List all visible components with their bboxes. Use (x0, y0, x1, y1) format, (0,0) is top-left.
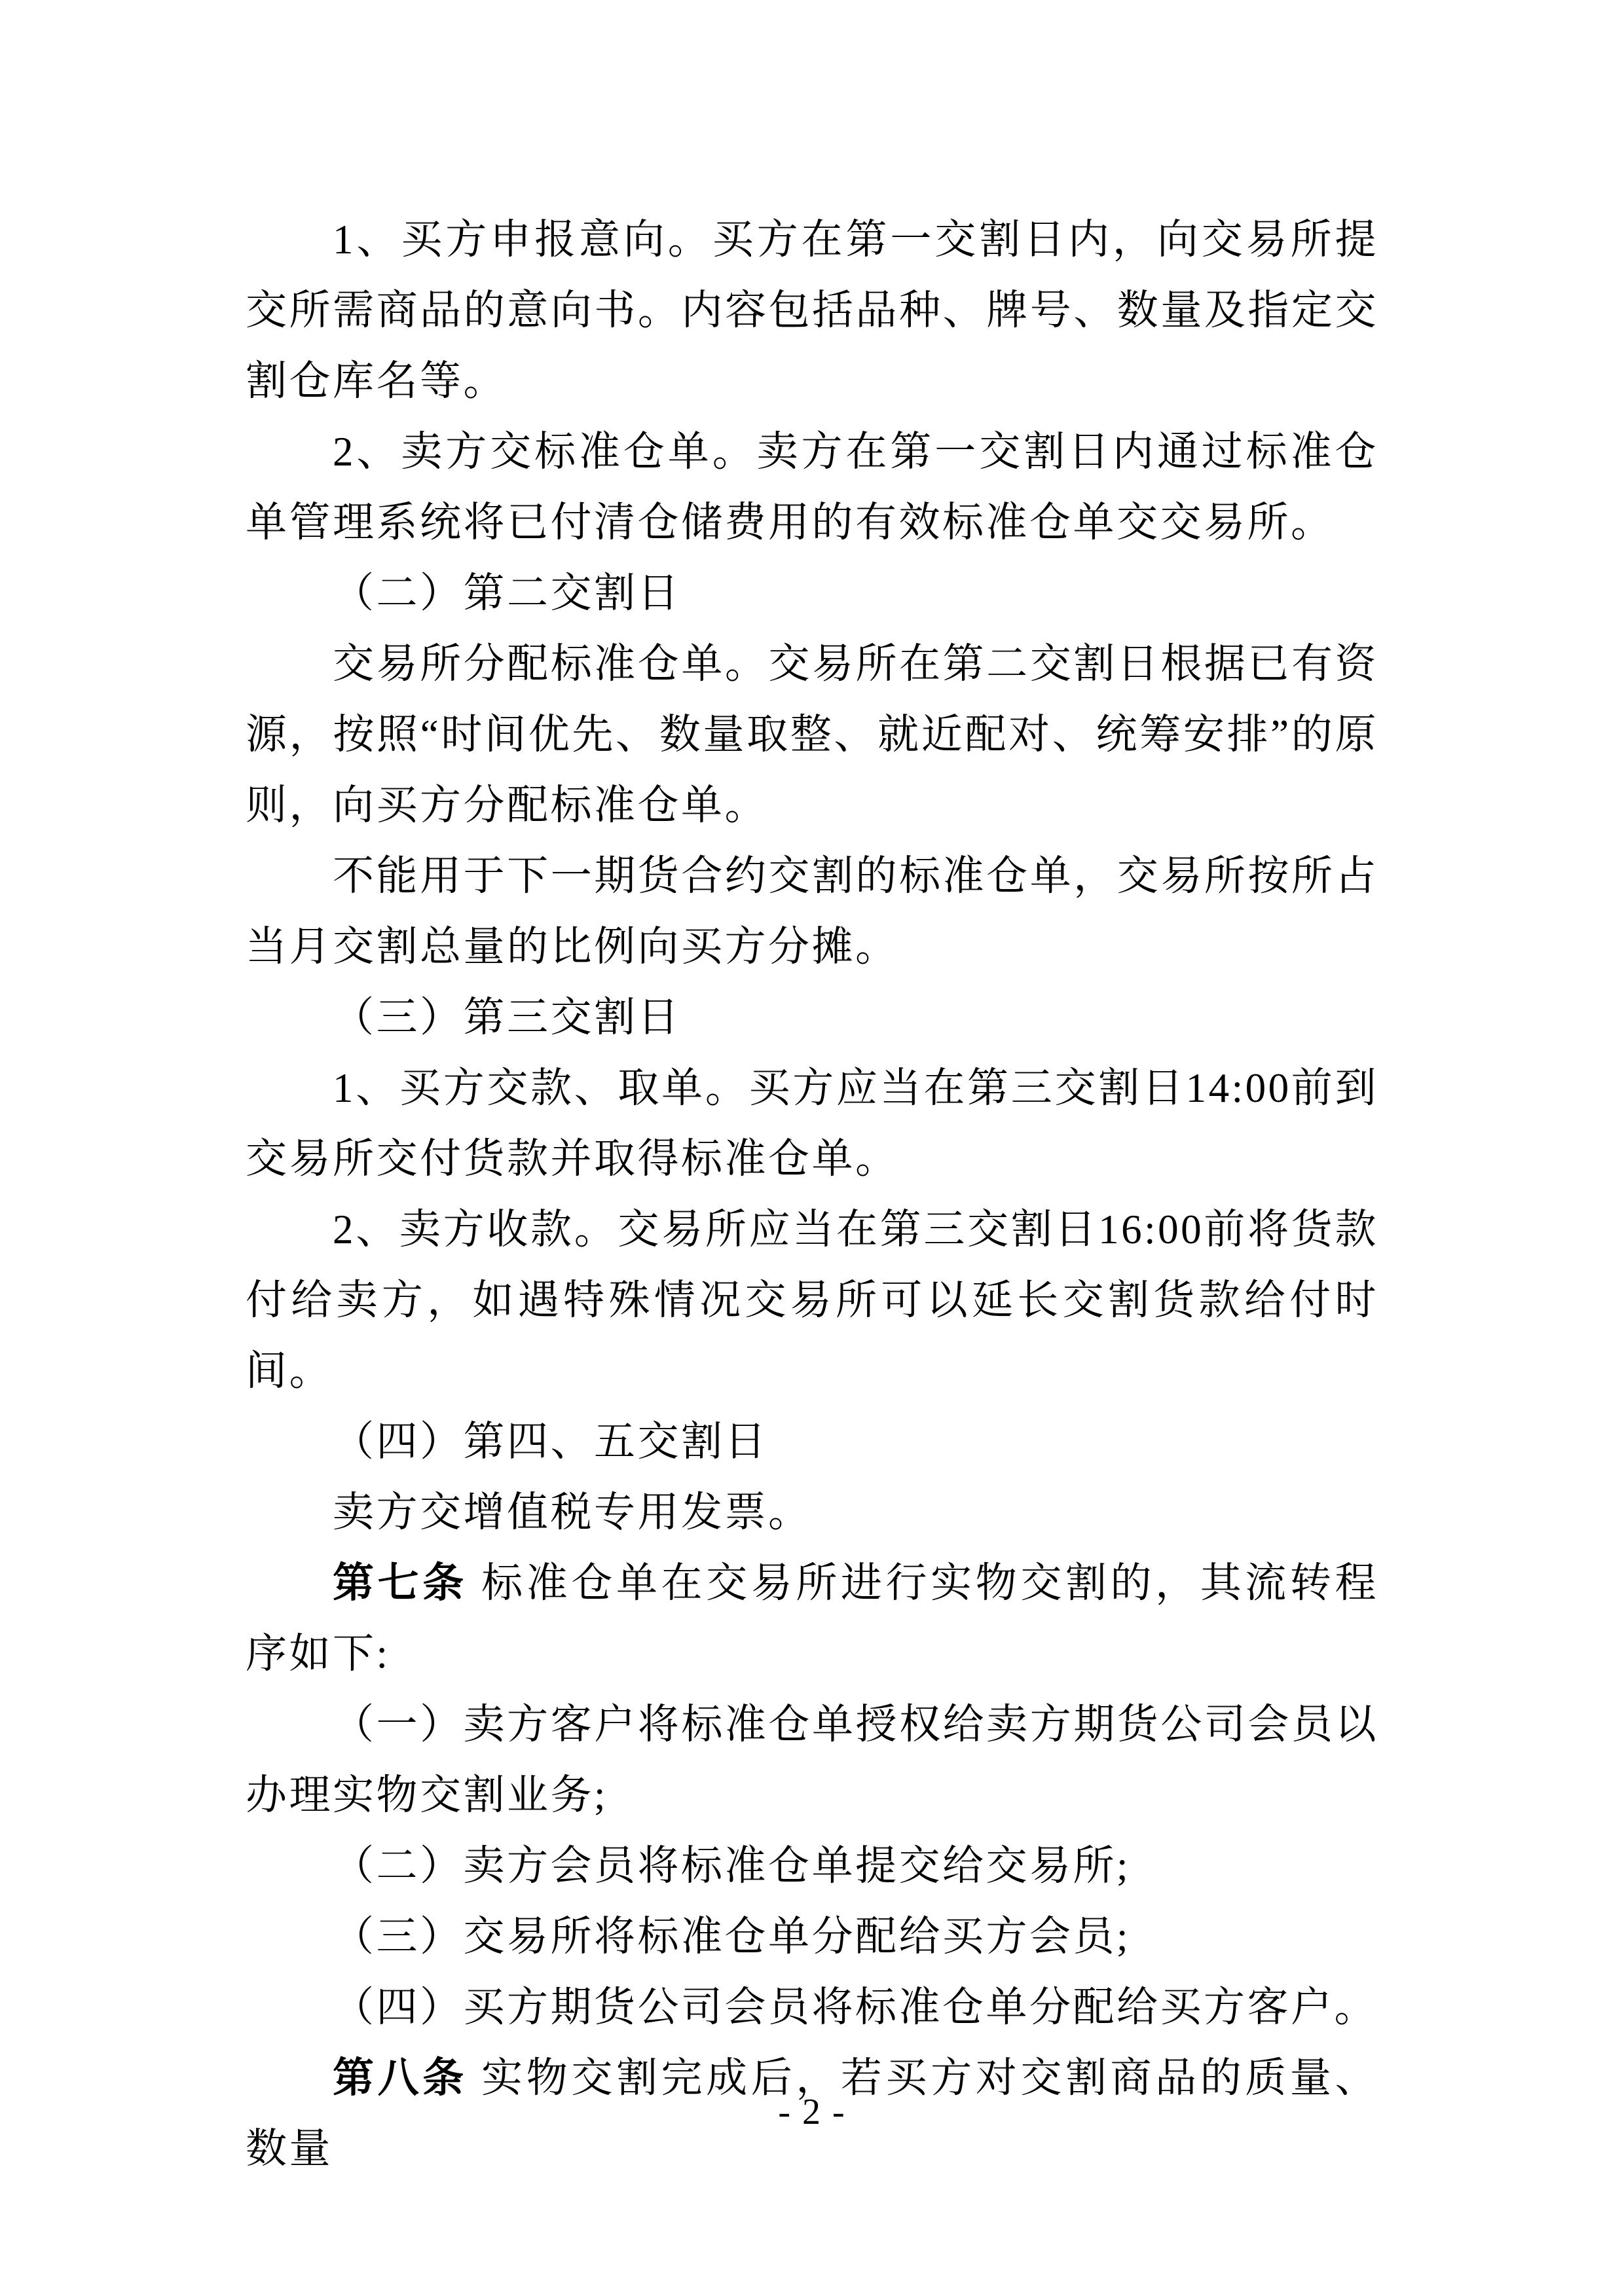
paragraph-text: 不能用于下一期货合约交割的标准仓单，交易所按所占当月交割总量的比例向买方分摊。 (246, 853, 1378, 970)
document-page: 1、买方申报意向。买方在第一交割日内，向交易所提交所需商品的意向书。内容包括品种… (0, 0, 1624, 2296)
article-number: 第七条 (333, 1560, 468, 1606)
paragraph-text: （四）第四、五交割日 (333, 1419, 768, 1465)
paragraph-text: 2、卖方收款。交易所应当在第三交割日16:00前将货款付给卖方，如遇特殊情况交易… (246, 1207, 1378, 1394)
paragraph-text: （二）卖方会员将标准仓单提交给交易所; (333, 1843, 1130, 1889)
paragraph-text: 交易所分配标准仓单。交易所在第二交割日根据已有资源，按照“时间优先、数量取整、就… (246, 641, 1378, 828)
paragraph: 交易所分配标准仓单。交易所在第二交割日根据已有资源，按照“时间优先、数量取整、就… (246, 629, 1378, 841)
list-item: （四）买方期货公司会员将标准仓单分配给买方客户。 (246, 1972, 1378, 2043)
article-paragraph: 第七条 标准仓单在交易所进行实物交割的，其流转程序如下: (246, 1548, 1378, 1689)
paragraph: 卖方交增值税专用发票。 (246, 1477, 1378, 1548)
paragraph-text: （二）第二交割日 (333, 570, 681, 616)
section-heading: （四）第四、五交割日 (246, 1406, 1378, 1477)
section-heading: （三）第三交割日 (246, 982, 1378, 1053)
section-heading: （二）第二交割日 (246, 558, 1378, 629)
list-item: （一）卖方客户将标准仓单授权给卖方期货公司会员以办理实物交割业务; (246, 1689, 1378, 1831)
paragraph-text: 1、买方申报意向。买方在第一交割日内，向交易所提交所需商品的意向书。内容包括品种… (246, 217, 1378, 404)
paragraph-text: 卖方交增值税专用发票。 (333, 1489, 812, 1535)
paragraph: 2、卖方收款。交易所应当在第三交割日16:00前将货款付给卖方，如遇特殊情况交易… (246, 1194, 1378, 1406)
paragraph-text: 1、买方交款、取单。买方应当在第三交割日14:00前到交易所交付货款并取得标准仓… (246, 1065, 1378, 1182)
paragraph-text: （三）交易所将标准仓单分配给买方会员; (333, 1914, 1130, 1959)
paragraph-text: 2、卖方交标准仓单。卖方在第一交割日内通过标准仓单管理系统将已付清仓储费用的有效… (246, 429, 1378, 545)
paragraph: 不能用于下一期货合约交割的标准仓单，交易所按所占当月交割总量的比例向买方分摊。 (246, 841, 1378, 982)
list-item: （二）卖方会员将标准仓单提交给交易所; (246, 1831, 1378, 1901)
paragraph: 1、买方申报意向。买方在第一交割日内，向交易所提交所需商品的意向书。内容包括品种… (246, 204, 1378, 416)
paragraph-text: （一）卖方客户将标准仓单授权给卖方期货公司会员以办理实物交割业务; (246, 1702, 1378, 1818)
page-number: - 2 - (0, 2092, 1624, 2132)
paragraph-text: （四）买方期货公司会员将标准仓单分配给买方客户。 (333, 1984, 1378, 2030)
paragraph: 1、买方交款、取单。买方应当在第三交割日14:00前到交易所交付货款并取得标准仓… (246, 1053, 1378, 1194)
document-body: 1、买方申报意向。买方在第一交割日内，向交易所提交所需商品的意向书。内容包括品种… (246, 204, 1378, 2184)
paragraph-text: （三）第三交割日 (333, 994, 681, 1040)
list-item: （三）交易所将标准仓单分配给买方会员; (246, 1901, 1378, 1972)
paragraph: 2、卖方交标准仓单。卖方在第一交割日内通过标准仓单管理系统将已付清仓储费用的有效… (246, 416, 1378, 558)
